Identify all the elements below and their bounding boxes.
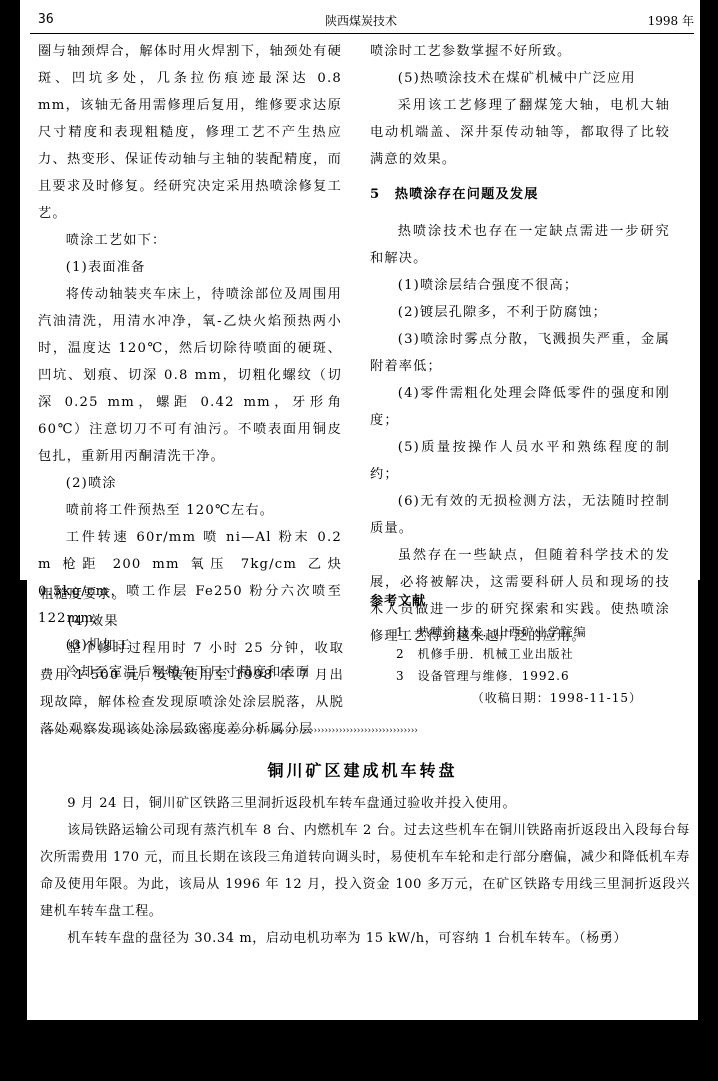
news-body: 9 月 24 日，铜川矿区铁路三里洞折返段机车转车盘通过验收并投入使用。 该局铁… (40, 790, 690, 952)
received-date: （收稿日期：1998-11-15） (370, 687, 670, 709)
paragraph: 粗糙度要求。 (40, 581, 344, 608)
subheading: (1)表面准备 (38, 254, 342, 281)
list-item: (2)镀层孔隙多，不利于防腐蚀； (370, 299, 670, 326)
paragraph: 喷涂工艺如下： (38, 227, 342, 254)
subheading: (4)效果 (40, 608, 344, 635)
reference-item: 2 机修手册．机械工业出版社 (370, 643, 670, 665)
list-item: (3)喷涂时雾点分散，飞溅损失严重，金属附着率低； (370, 326, 670, 380)
list-item: (6)无有效的无损检测方法，无法随时控制质量。 (370, 488, 670, 542)
issue-year: 1998 年 (648, 12, 694, 29)
paragraph: 机车转车盘的盘径为 30.34 m，启动电机功率为 15 kW/h，可容纳 1 … (40, 925, 690, 952)
right-column: 喷涂时工艺参数掌握不好所致。 (5)热喷涂技术在煤矿机械中广泛应用 采用该工艺修… (370, 38, 670, 650)
journal-title: 陕西煤炭技术 (28, 12, 694, 29)
paragraph: 9 月 24 日，铜川矿区铁路三里洞折返段机车转车盘通过验收并投入使用。 (40, 790, 690, 817)
paragraph: 整个修时过程用时 7 小时 25 分钟，收取费用 1 500 元，安装使用至 1… (40, 635, 344, 743)
list-item: (5)质量按操作人员水平和熟练程度的制约； (370, 434, 670, 488)
paragraph: 该局铁路运输公司现有蒸汽机车 8 台、内燃机车 2 台。过去这些机车在铜川铁路南… (40, 817, 690, 925)
references: 参考文献 1 热喷涂技术．山西矿业学院编 2 机修手册．机械工业出版社 3 设备… (370, 590, 670, 709)
paragraph: 圈与轴颈焊合，解体时用火焊割下，轴颈处有硬斑、凹坑多处，几条拉伤痕迹最深达 0.… (38, 38, 342, 227)
header-rule (30, 33, 694, 34)
subheading: (5)热喷涂技术在煤矿机械中广泛应用 (370, 65, 670, 92)
paragraph: 热喷涂技术也存在一定缺点需进一步研究和解决。 (370, 218, 670, 272)
section-heading: 5 热喷涂存在问题及发展 (370, 181, 670, 208)
subheading: (2)喷涂 (38, 470, 342, 497)
paragraph: 喷涂时工艺参数掌握不好所致。 (370, 38, 670, 65)
references-title: 参考文献 (370, 590, 670, 609)
paragraph: 将传动轴装夹车床上，待喷涂部位及周围用汽油清洗，用清水冲净，氧-乙炔火焰预热两小… (38, 281, 342, 470)
news-title: 铜川矿区建成机车转盘 (27, 758, 698, 781)
section-separator: ››››››››››››››››››››››››››››››››››››››››… (40, 728, 690, 734)
paragraph: 采用该工艺修理了翻煤笼大轴，电机大轴电动机端盖、深井泵传动轴等，都取得了比较满意… (370, 92, 670, 173)
reference-item: 3 设备管理与维修．1992.6 (370, 665, 670, 687)
running-header: 36 陕西煤炭技术 1998 年 (28, 8, 694, 30)
list-item: (4)零件需粗化处理会降低零件的强度和刚度； (370, 380, 670, 434)
left-column-continued: 粗糙度要求。 (4)效果 整个修时过程用时 7 小时 25 分钟，收取费用 1 … (40, 581, 344, 743)
paragraph: 喷前将工件预热至 120℃左右。 (38, 497, 342, 524)
list-item: (1)喷涂层结合强度不很高； (370, 272, 670, 299)
reference-item: 1 热喷涂技术．山西矿业学院编 (370, 621, 670, 643)
